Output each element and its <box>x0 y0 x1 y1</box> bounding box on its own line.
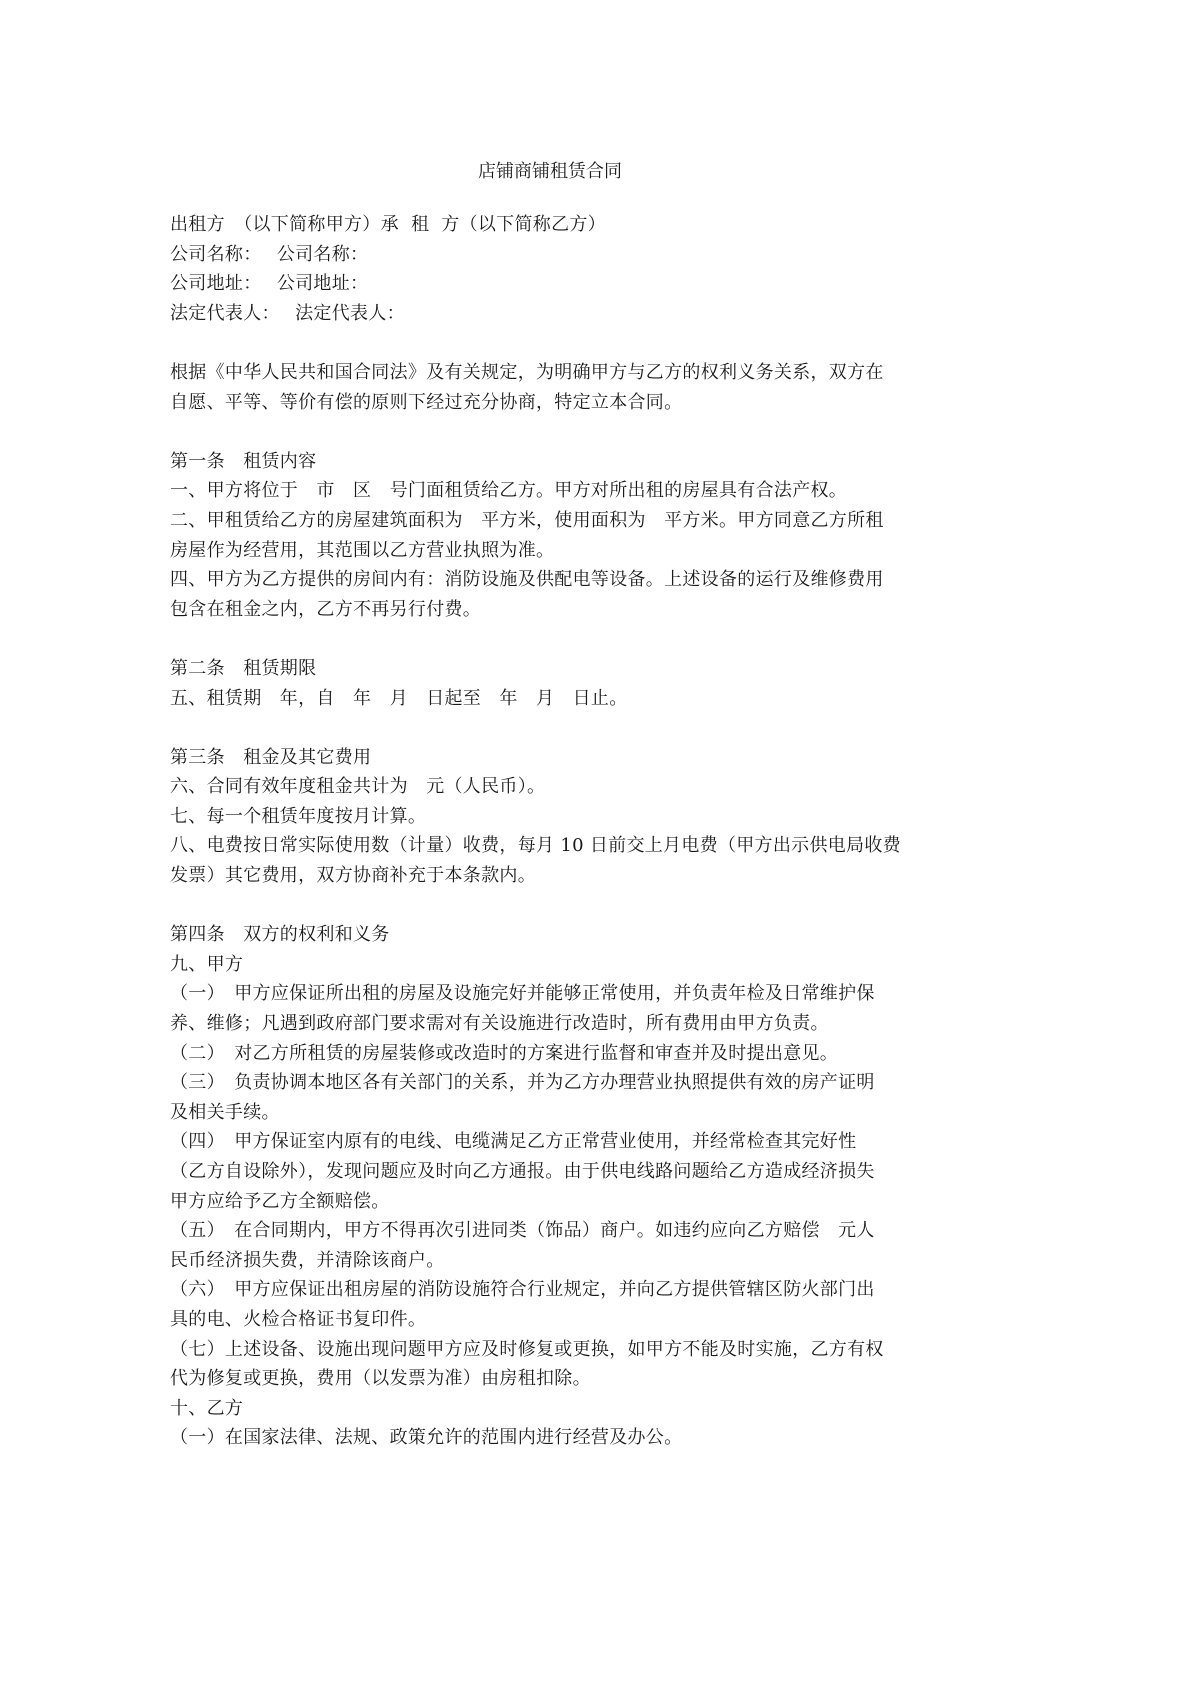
clause-line: 甲方应给予乙方全额赔偿。 <box>170 1187 1020 1217</box>
clause-line: （二） 对乙方所租赁的房屋装修或改造时的方案进行监督和审查并及时提出意见。 <box>170 1039 1020 1069</box>
clause-line: 七、每一个租赁年度按月计算。 <box>170 802 1020 832</box>
article-heading: 第三条 租金及其它费用 <box>170 743 1020 773</box>
clause-line: 八、电费按日常实际使用数（计量）收费，每月 10 日前交上月电费（甲方出示供电局… <box>170 831 1020 861</box>
article-4: 第四条 双方的权利和义务 九、甲方 （一） 甲方应保证所出租的房屋及设施完好并能… <box>170 920 1020 1453</box>
clause-line: （四） 甲方保证室内原有的电线、电缆满足乙方正常营业使用，并经常检查其完好性 <box>170 1127 1020 1157</box>
clause-line: 四、甲方为乙方提供的房间内有：消防设施及供配电等设备。上述设备的运行及维修费用 <box>170 565 1020 595</box>
article-3: 第三条 租金及其它费用 六、合同有效年度租金共计为 元（人民币）。 七、每一个租… <box>170 743 1020 891</box>
clause-line: 一、甲方将位于 市 区 号门面租赁给乙方。甲方对所出租的房屋具有合法产权。 <box>170 476 1020 506</box>
clause-line: 房屋作为经营用，其范围以乙方营业执照为准。 <box>170 536 1020 566</box>
clause-line: 二、甲租赁给乙方的房屋建筑面积为 平方米，使用面积为 平方米。甲方同意乙方所租 <box>170 506 1020 536</box>
parties-line: 出租方 （以下简称甲方）承 租 方（以下简称乙方） <box>170 210 1020 240</box>
document-body: 出租方 （以下简称甲方）承 租 方（以下简称乙方） 公司名称： 公司名称： 公司… <box>170 210 1020 1453</box>
preamble-line: 根据《中华人民共和国合同法》及有关规定，为明确甲方与乙方的权利义务关系，双方在 <box>170 358 1020 388</box>
clause-line: 民币经济损失费，并清除该商户。 <box>170 1246 1020 1276</box>
clause-line: 九、甲方 <box>170 950 1020 980</box>
clause-line: 六、合同有效年度租金共计为 元（人民币）。 <box>170 772 1020 802</box>
clause-line: 代为修复或更换，费用（以发票为准）由房租扣除。 <box>170 1364 1020 1394</box>
parties-block: 出租方 （以下简称甲方）承 租 方（以下简称乙方） 公司名称： 公司名称： 公司… <box>170 210 1020 328</box>
clause-line: （三） 负责协调本地区各有关部门的关系，并为乙方办理营业执照提供有效的房产证明 <box>170 1068 1020 1098</box>
clause-line: 养、维修；凡遇到政府部门要求需对有关设施进行改造时，所有费用由甲方负责。 <box>170 1009 1020 1039</box>
article-heading: 第四条 双方的权利和义务 <box>170 920 1020 950</box>
clause-line: 具的电、火检合格证书复印件。 <box>170 1305 1020 1335</box>
preamble-line: 自愿、平等、等价有偿的原则下经过充分协商，特定立本合同。 <box>170 388 1020 418</box>
clause-line: 及相关手续。 <box>170 1098 1020 1128</box>
clause-line: 包含在租金之内，乙方不再另行付费。 <box>170 595 1020 625</box>
clause-line: （乙方自设除外），发现问题应及时向乙方通报。由于供电线路问题给乙方造成经济损失 <box>170 1157 1020 1187</box>
article-heading: 第一条 租赁内容 <box>170 447 1020 477</box>
clause-line: （五） 在合同期内，甲方不得再次引进同类（饰品）商户。如违约应向乙方赔偿 元人 <box>170 1216 1020 1246</box>
preamble-block: 根据《中华人民共和国合同法》及有关规定，为明确甲方与乙方的权利义务关系，双方在 … <box>170 358 1020 417</box>
clause-line: （七）上述设备、设施出现问题甲方应及时修复或更换，如甲方不能及时实施，乙方有权 <box>170 1335 1020 1365</box>
document-page: 店铺商铺租赁合同 出租方 （以下简称甲方）承 租 方（以下简称乙方） 公司名称：… <box>0 0 1190 1683</box>
legal-rep-line: 法定代表人： 法定代表人： <box>170 299 1020 329</box>
article-1: 第一条 租赁内容 一、甲方将位于 市 区 号门面租赁给乙方。甲方对所出租的房屋具… <box>170 447 1020 625</box>
article-2: 第二条 租赁期限 五、租赁期 年，自 年 月 日起至 年 月 日止。 <box>170 654 1020 713</box>
article-heading: 第二条 租赁期限 <box>170 654 1020 684</box>
clause-line: （一）在国家法律、法规、政策允许的范围内进行经营及办公。 <box>170 1423 1020 1453</box>
document-title: 店铺商铺租赁合同 <box>0 160 1100 184</box>
clause-line: 十、乙方 <box>170 1394 1020 1424</box>
company-name-line: 公司名称： 公司名称： <box>170 240 1020 270</box>
company-address-line: 公司地址： 公司地址： <box>170 269 1020 299</box>
clause-line: 五、租赁期 年，自 年 月 日起至 年 月 日止。 <box>170 684 1020 714</box>
clause-line: 发票）其它费用，双方协商补充于本条款内。 <box>170 861 1020 891</box>
clause-line: （一） 甲方应保证所出租的房屋及设施完好并能够正常使用，并负责年检及日常维护保 <box>170 979 1020 1009</box>
clause-line: （六） 甲方应保证出租房屋的消防设施符合行业规定，并向乙方提供管辖区防火部门出 <box>170 1275 1020 1305</box>
